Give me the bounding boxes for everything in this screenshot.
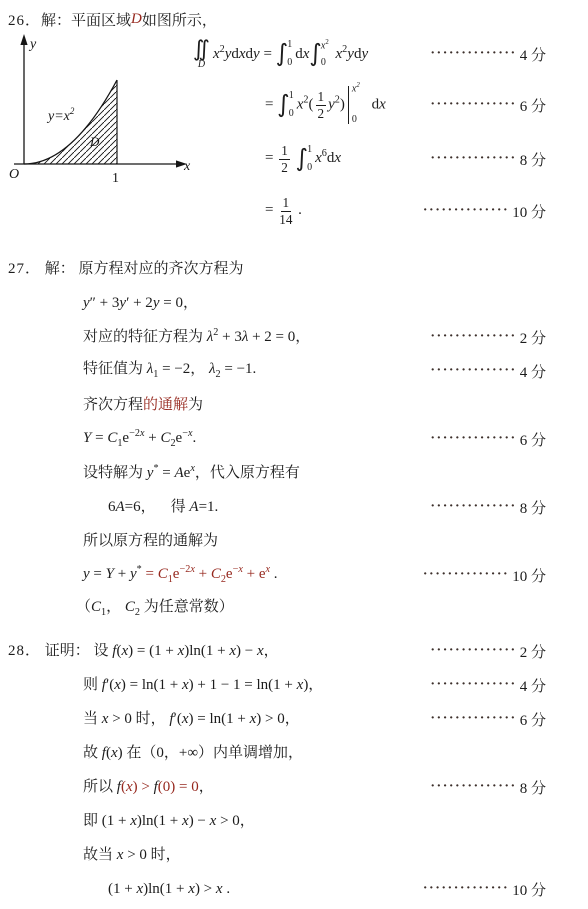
score: ··············6 分 (430, 429, 546, 450)
formula: 则 f′(x) = ln(1 + x) + 1 − 1 = ln(1 + x)， (83, 676, 323, 695)
score: ··············8 分 (430, 149, 546, 170)
formula: 故当 x > 0 时， (83, 846, 181, 865)
dotted-leader: ·············· (423, 567, 509, 583)
score-label: 8 分 (520, 149, 546, 170)
dotted-leader: ·············· (430, 779, 516, 795)
dotted-leader: ·············· (423, 203, 509, 219)
solution-line: 6A=6， 得 A=1. ··············8 分 (8, 490, 588, 524)
region-figure: y x O 1 D y=x2 (8, 32, 193, 204)
solution-line: = 114 . ··············10 分 (193, 184, 588, 238)
region-d-label: D (89, 134, 100, 149)
axis-label-x: x (183, 159, 191, 174)
solution-line: ∫∫Dx2ydxdy = ∫10dx∫x20 x2ydy ···········… (193, 32, 588, 76)
solution-line: 即 (1 + x)ln(1 + x) − x > 0， (8, 804, 588, 838)
region-d-hatch (24, 80, 117, 164)
solve-label: 解： (41, 9, 71, 30)
curve-equation-label: y=x2 (46, 106, 75, 124)
header-line: 27． 解： 原方程对应的齐次方程为 (8, 260, 244, 279)
score-label: 4 分 (520, 44, 546, 65)
tick-label-1: 1 (112, 171, 119, 186)
score: ··············6 分 (430, 709, 546, 730)
formula: y = Y + y* = C1e−2x + C2e−x + ex . (83, 564, 278, 587)
solution-line: 齐次方程的通解为 (8, 388, 588, 422)
score: ··············2 分 (430, 641, 546, 662)
header-text-tail: 如图所示， (142, 9, 217, 30)
solution-line: 设特解为 y* = Aex，代入原方程有 (8, 456, 588, 490)
formula: 6A=6， 得 A=1. (108, 498, 218, 517)
score-label: 6 分 (520, 709, 546, 730)
solution-line: 所以 f(x) > f(0) = 0， ··············8 分 (8, 770, 588, 804)
dotted-leader: ·············· (430, 151, 516, 167)
formula: 对应的特征方程为 λ2 + 3λ + 2 = 0， (83, 327, 310, 347)
solution-line: 则 f′(x) = ln(1 + x) + 1 − 1 = ln(1 + x)，… (8, 668, 588, 702)
score-label: 10 分 (512, 879, 546, 900)
formula: 所以 f(x) > f(0) = 0， (83, 778, 214, 797)
formula: Y = C1e−2x + C2e−x. (83, 428, 196, 451)
proof-label: 证明： (45, 643, 90, 659)
score-label: 10 分 (512, 201, 546, 222)
score: ··············10 分 (423, 201, 546, 222)
formula: 故 f(x) 在（0，+∞）内单调增加， (83, 744, 303, 763)
solution-line: 对应的特征方程为 λ2 + 3λ + 2 = 0， ··············… (8, 320, 588, 354)
solution-line: 所以原方程的通解为 (8, 524, 588, 558)
score: ··············2 分 (430, 327, 546, 348)
score-label: 2 分 (520, 327, 546, 348)
formula: = 12 ∫10x6dx (265, 143, 341, 174)
figure-wrap: y x O 1 D y=x2 (8, 32, 193, 209)
origin-label: O (9, 167, 19, 182)
formula: 齐次方程的通解为 (83, 396, 203, 415)
score-label: 6 分 (520, 429, 546, 450)
document-page: 26． 解： 平面区域 D 如图所示， (0, 0, 588, 909)
solution-line: 当 x > 0 时， f′(x) = ln(1 + x) > 0， ······… (8, 702, 588, 736)
dotted-leader: ·············· (423, 881, 509, 897)
axis-label-y: y (28, 37, 37, 52)
formula: （C1， C2 为任意常数） (76, 598, 234, 620)
solution-line: 特征值为 λ1 = −2， λ2 = −1. ··············4 分 (8, 354, 588, 388)
solution-line: （C1， C2 为任意常数） (8, 592, 588, 626)
problem-28-header: 28． 证明： 设 f(x) = (1 + x)ln(1 + x) − x， ·… (8, 634, 588, 668)
problem-27-header: 27． 解： 原方程对应的齐次方程为 (8, 252, 588, 286)
score-label: 6 分 (520, 95, 546, 116)
formula: 即 (1 + x)ln(1 + x) − x > 0， (83, 812, 255, 831)
score: ··············10 分 (423, 565, 546, 586)
formula: 特征值为 λ1 = −2， λ2 = −1. (83, 360, 256, 382)
problem-26-header: 26． 解： 平面区域 D 如图所示， (8, 6, 588, 32)
problem-number: 27． (8, 261, 41, 277)
solution-line: y = Y + y* = C1e−2x + C2e−x + ex . ·····… (8, 558, 588, 592)
problem-number: 28． (8, 643, 41, 659)
formula: 所以原方程的通解为 (83, 532, 218, 551)
formula: 设特解为 y* = Aex，代入原方程有 (83, 463, 300, 483)
problem-number: 26． (8, 9, 41, 30)
header-line: 28． 证明： 设 f(x) = (1 + x)ln(1 + x) − x， (8, 642, 279, 661)
header-text: 原方程对应的齐次方程为 (79, 261, 244, 277)
solution-line: (1 + x)ln(1 + x) > x . ··············10 … (8, 872, 588, 906)
problem-26-body: y x O 1 D y=x2 ∫∫Dx2ydxdy = ∫10dx∫x20 x2… (8, 32, 588, 238)
score-label: 8 分 (520, 777, 546, 798)
solution-line: 故当 x > 0 时， (8, 838, 588, 872)
formula: = 114 . (265, 195, 302, 226)
score: ··············10 分 (423, 879, 546, 900)
problem-26-formulas: ∫∫Dx2ydxdy = ∫10dx∫x20 x2ydy ···········… (193, 32, 588, 238)
score-label: 8 分 (520, 497, 546, 518)
score: ··············4 分 (430, 44, 546, 65)
dotted-leader: ·············· (430, 431, 516, 447)
region-d-reference: D (131, 11, 142, 28)
score: ··············4 分 (430, 361, 546, 382)
solution-line: Y = C1e−2x + C2e−x. ··············6 分 (8, 422, 588, 456)
score: ··············8 分 (430, 777, 546, 798)
dotted-leader: ·············· (430, 363, 516, 379)
formula: = ∫10x2(12y2)x20 dx (265, 86, 386, 124)
score-label: 4 分 (520, 361, 546, 382)
dotted-leader: ·············· (430, 643, 516, 659)
problem-27: 27． 解： 原方程对应的齐次方程为 y″ + 3y′ + 2y = 0， 对应… (8, 252, 588, 626)
formula: (1 + x)ln(1 + x) > x . (108, 880, 230, 899)
solution-line: = ∫10x2(12y2)x20 dx ··············6 分 (193, 76, 588, 134)
score-label: 4 分 (520, 675, 546, 696)
score: ··············4 分 (430, 675, 546, 696)
solution-line: y″ + 3y′ + 2y = 0， (8, 286, 588, 320)
formula: 设 f(x) = (1 + x)ln(1 + x) − x， (94, 643, 279, 659)
y-axis-arrow-icon (20, 34, 27, 45)
dotted-leader: ·············· (430, 499, 516, 515)
formula: y″ + 3y′ + 2y = 0， (83, 294, 198, 313)
solve-label: 解： (45, 261, 75, 277)
score: ··············8 分 (430, 497, 546, 518)
score-label: 2 分 (520, 641, 546, 662)
dotted-leader: ·············· (430, 329, 516, 345)
dotted-leader: ·············· (430, 46, 516, 62)
solution-line: = 12 ∫10x6dx ··············8 分 (193, 134, 588, 184)
formula: ∫∫Dx2ydxdy = ∫10dx∫x20 x2ydy (193, 39, 368, 70)
solution-line: 故 f(x) 在（0，+∞）内单调增加， (8, 736, 588, 770)
dotted-leader: ·············· (430, 711, 516, 727)
score-label: 10 分 (512, 565, 546, 586)
problem-26: 26． 解： 平面区域 D 如图所示， (8, 6, 588, 238)
header-text: 平面区域 (71, 9, 131, 30)
dotted-leader: ·············· (430, 677, 516, 693)
problem-28: 28． 证明： 设 f(x) = (1 + x)ln(1 + x) − x， ·… (8, 634, 588, 906)
dotted-leader: ·············· (430, 97, 516, 113)
formula: 当 x > 0 时， f′(x) = ln(1 + x) > 0， (83, 710, 300, 729)
score: ··············6 分 (430, 95, 546, 116)
